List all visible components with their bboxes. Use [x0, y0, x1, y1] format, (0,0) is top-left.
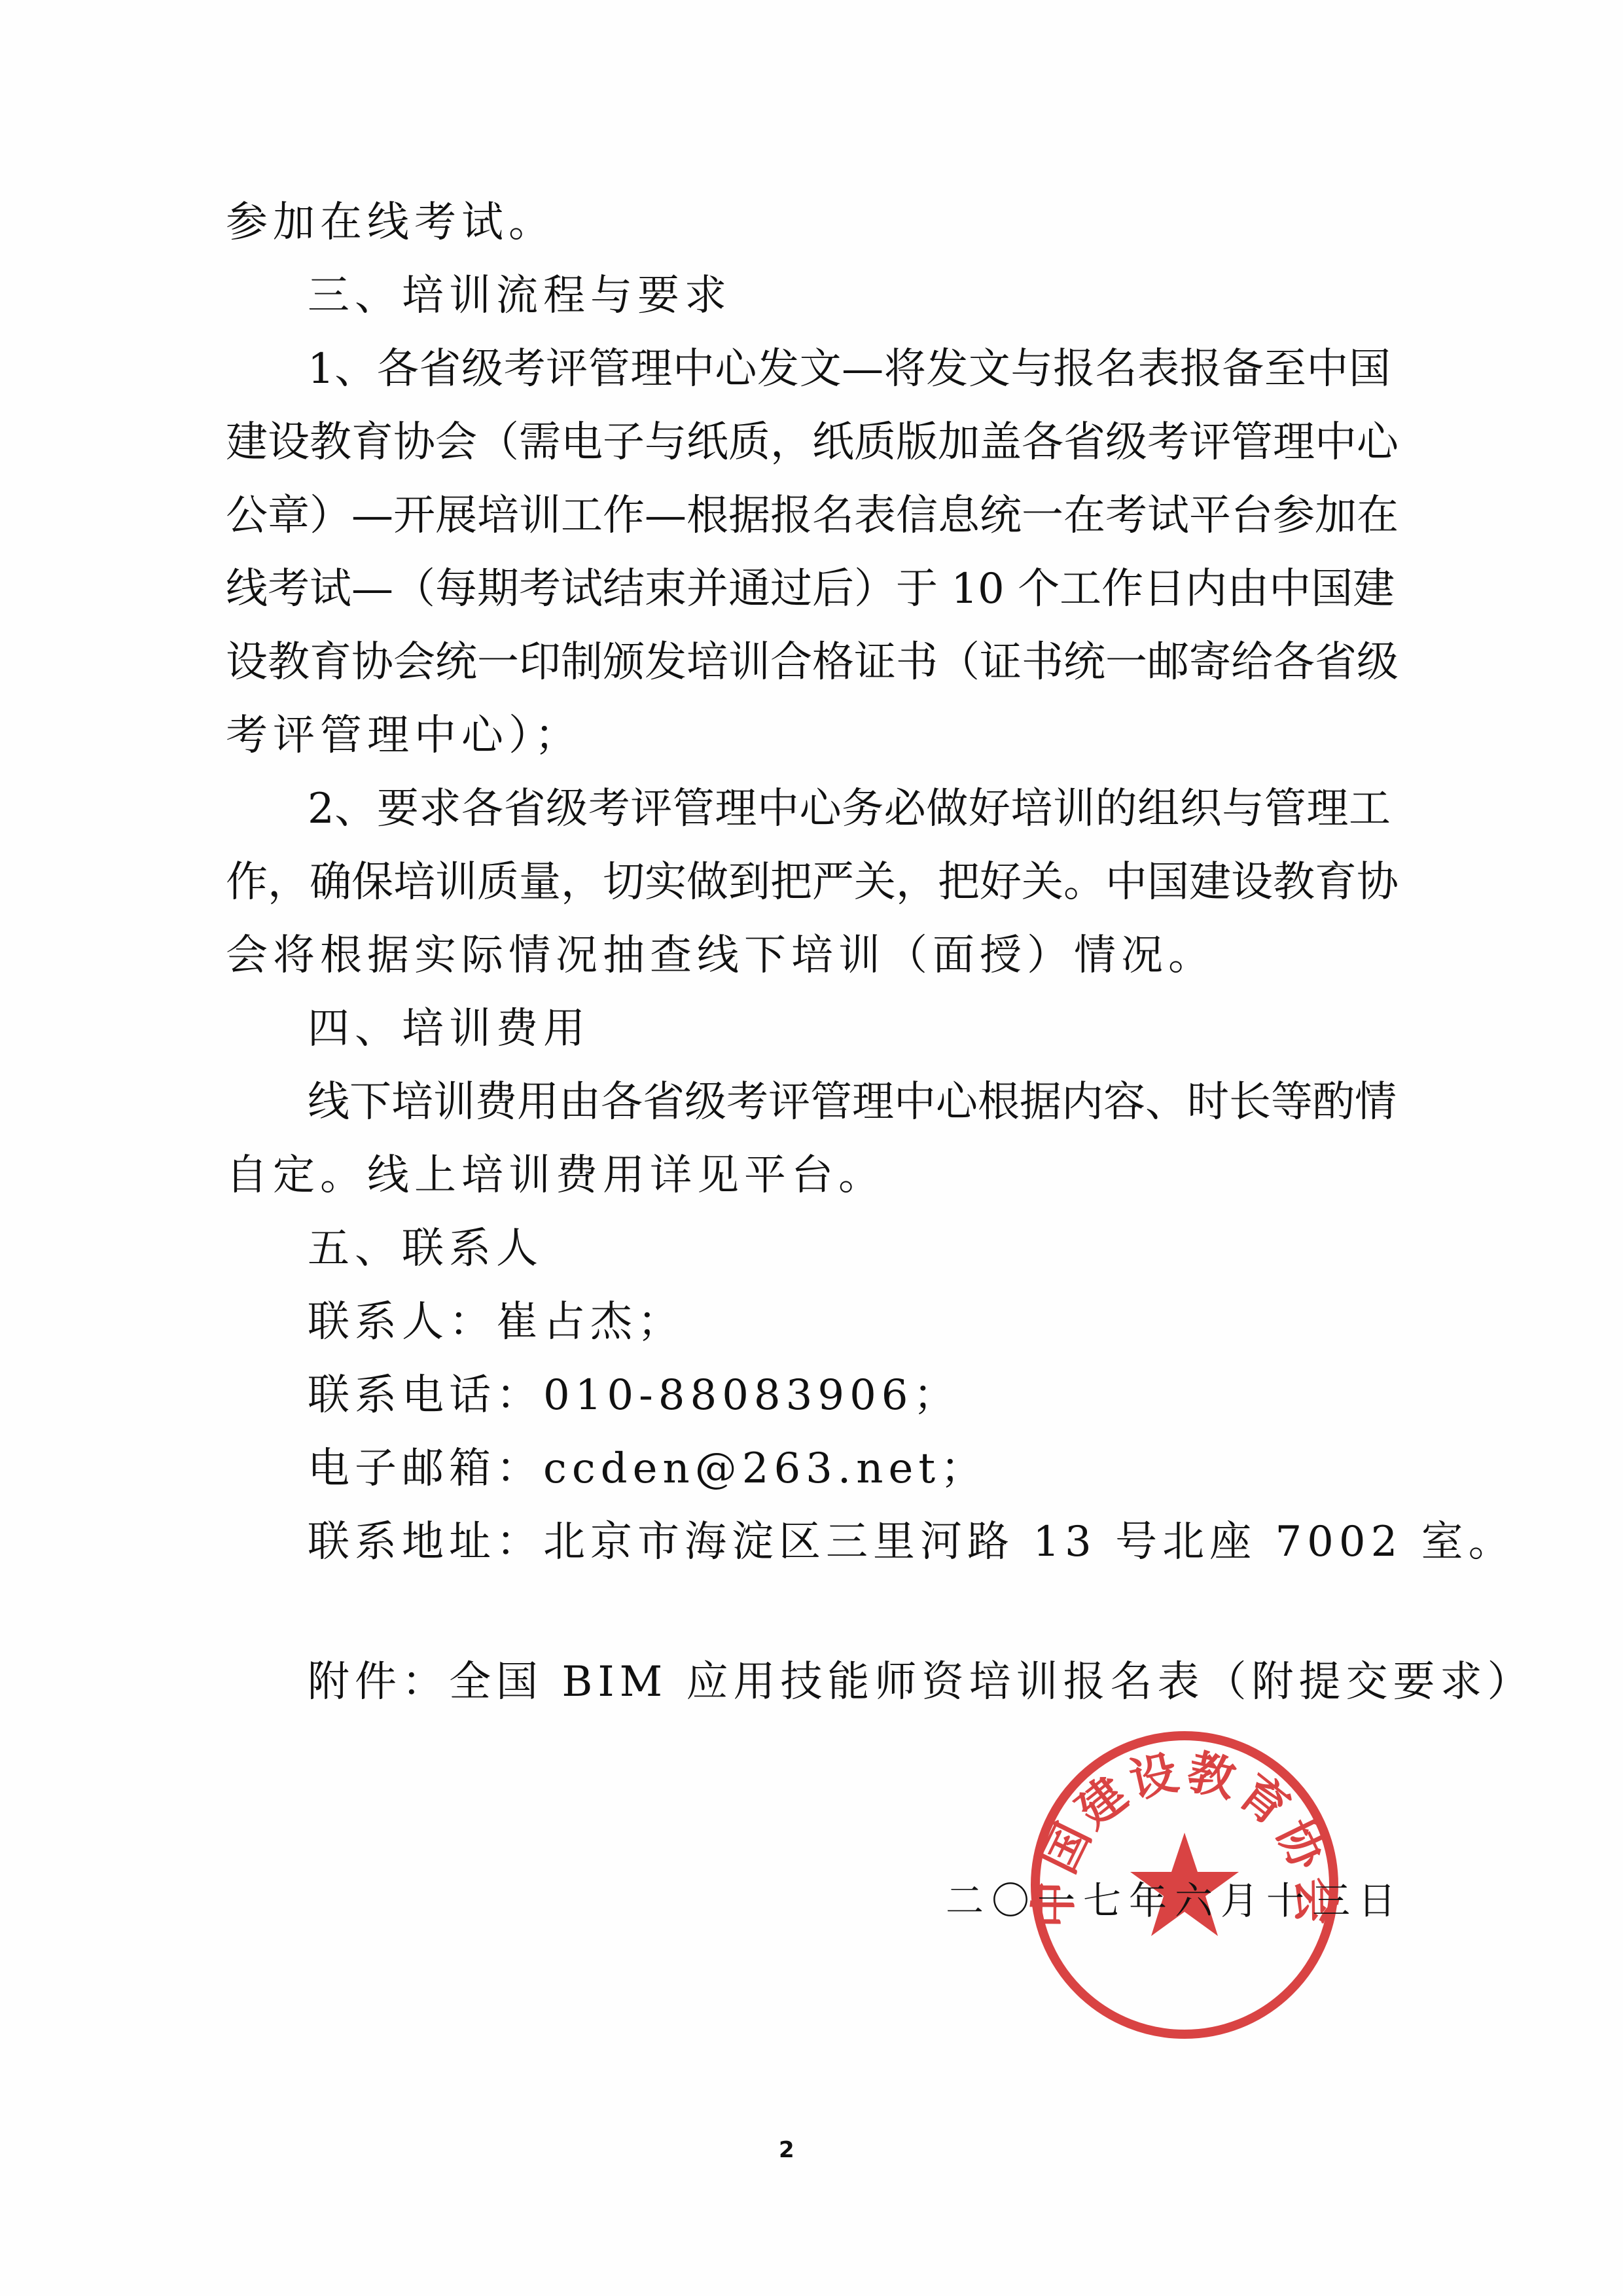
document-date: 二〇一七年六月十三日	[946, 1870, 1404, 1925]
document-page: 参加在线考试。 三、培训流程与要求 1、各省级考评管理中心发文—将发文与报名表报…	[0, 0, 1623, 2296]
item-2-line-3: 会将根据实际情况抽查线下培训（面授）情况。	[226, 929, 1215, 982]
contact-email: 电子邮箱：ccden@263.net；	[308, 1443, 988, 1495]
attachment-note: 附件：全国 BIM 应用技能师资培训报名表（附提交要求）	[308, 1656, 1535, 1708]
page-number: 2	[779, 2137, 794, 2163]
contact-phone: 联系电话：010-88083906；	[308, 1369, 961, 1422]
fee-line-2: 自定。线上培训费用详见平台。	[226, 1149, 885, 1202]
continuation-text: 参加在线考试。	[226, 196, 556, 249]
item-1-line-1: 1、各省级考评管理中心发文—将发文与报名表报备至中国	[308, 343, 1391, 395]
item-2-line-2: 作，确保培训质量，切实做到把严关，把好关。中国建设教育协	[226, 856, 1391, 908]
contact-person: 联系人：崔占杰；	[308, 1296, 685, 1348]
item-1-line-5: 设教育协会统一印制颁发培训合格证书（证书统一邮寄给各省级	[226, 636, 1391, 689]
item-1-line-3: 公章）—开展培训工作—根据报名表信息统一在考试平台参加在	[226, 490, 1391, 542]
item-1-line-2: 建设教育协会（需电子与纸质，纸质版加盖各省级考评管理中心	[226, 416, 1391, 469]
section-3-heading: 三、培训流程与要求	[308, 270, 732, 322]
item-1-line-6: 考评管理中心）；	[226, 709, 582, 762]
section-5-heading: 五、联系人	[308, 1223, 543, 1275]
fee-line-1: 线下培训费用由各省级考评管理中心根据内容、时长等酌情	[308, 1076, 1391, 1128]
section-4-heading: 四、培训费用	[308, 1003, 590, 1055]
item-2-line-1: 2、要求各省级考评管理中心务必做好培训的组织与管理工	[308, 783, 1391, 835]
contact-address: 联系地址：北京市海淀区三里河路 13 号北座 7002 室。	[308, 1516, 1516, 1568]
item-1-line-4: 线考试—（每期考试结束并通过后）于 10 个工作日内由中国建	[226, 563, 1391, 615]
